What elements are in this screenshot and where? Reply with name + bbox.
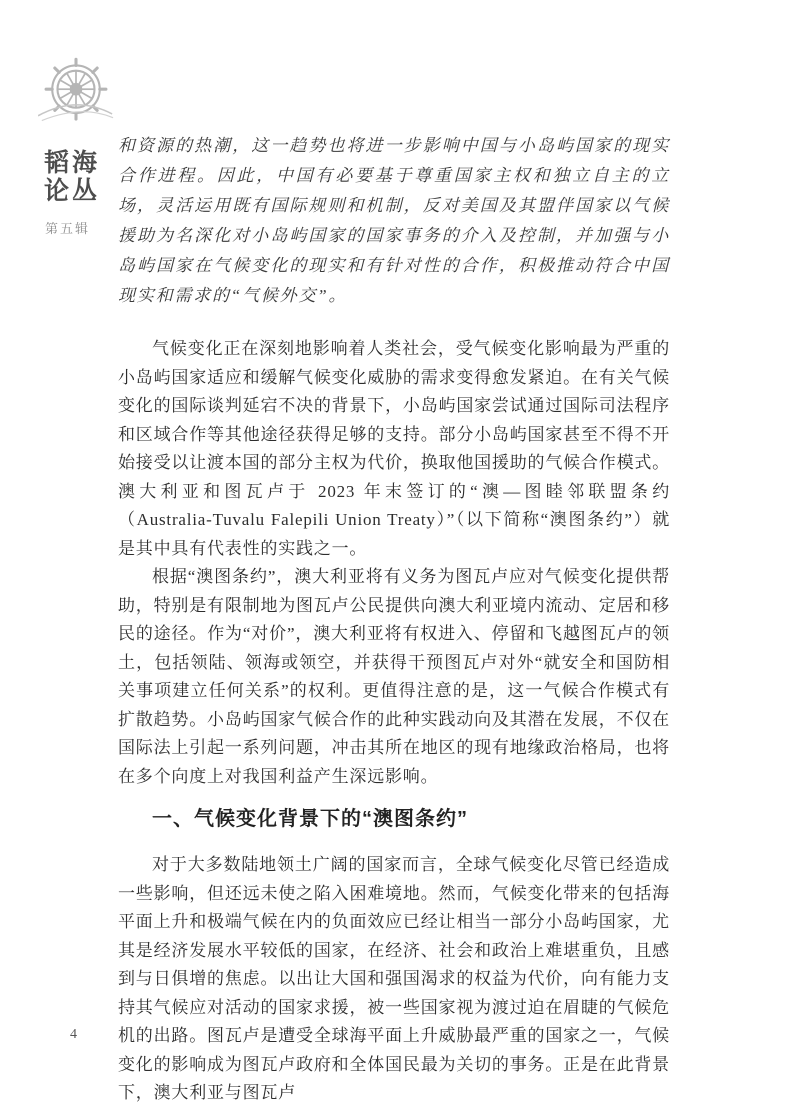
series-sidebar: 韬海 论丛 第五辑 <box>38 54 118 237</box>
paragraph-background: 对于大多数陆地领土广阔的国家而言，全球气候变化尽管已经造成一些影响，但还远未使之… <box>118 851 670 1108</box>
paragraph-intro: 气候变化正在深刻地影响着人类社会，受气候变化影响最为严重的小岛屿国家适应和缓解气… <box>118 335 670 563</box>
main-text-column: 和资源的热潮，这一趋势也将进一步影响中国与小岛屿国家的现实合作进程。因此，中国有… <box>118 131 670 1108</box>
paragraph-treaty: 根据“澳图条约”，澳大利亚将有义务为图瓦卢应对气候变化提供帮助，特别是有限制地为… <box>118 563 670 791</box>
series-volume: 第五辑 <box>45 218 118 237</box>
book-page: 韬海 论丛 第五辑 和资源的热潮，这一趋势也将进一步影响中国与小岛屿国家的现实合… <box>0 0 799 1118</box>
section-heading: 一、气候变化背景下的“澳图条约” <box>118 805 670 833</box>
series-title: 韬海 论丛 <box>44 150 118 206</box>
page-number: 4 <box>70 1027 77 1043</box>
continuation-paragraph: 和资源的热潮，这一趋势也将进一步影响中国与小岛屿国家的现实合作进程。因此，中国有… <box>118 131 670 311</box>
ship-wheel-icon <box>38 54 114 132</box>
